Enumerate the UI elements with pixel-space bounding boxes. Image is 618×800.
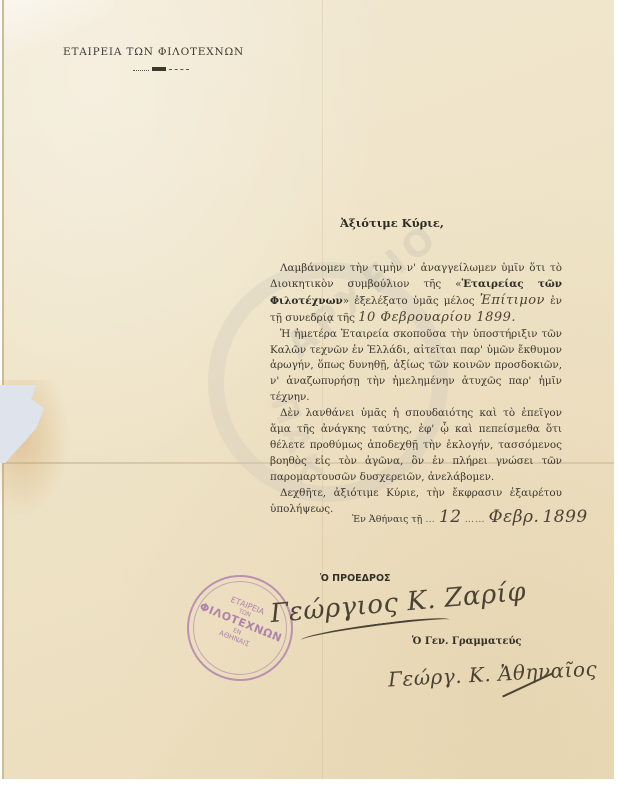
paragraph-3: Δὲν λανθάνει ὑμᾶς ἡ σπουδαιότης καὶ τὸ ἐ… <box>270 406 562 486</box>
place-prefix: Ἐν Ἀθήναις τῇ <box>352 514 422 525</box>
paragraph-1-text-b: » ἐξελέξατο ὑμᾶς μέλος <box>343 295 475 307</box>
ornament-bar <box>152 67 166 71</box>
secretary-label: Ὁ Γεν. Γραμματεύς <box>412 636 522 647</box>
ornament-wave <box>133 68 149 71</box>
letterhead-title: ΕΤΑΙΡΕΙΑ ΤΩΝ ΦΙΛΟΤΕΧΝΩΝ <box>63 46 244 58</box>
handwritten-day: 12 <box>439 507 462 527</box>
ornament-dash <box>169 68 189 70</box>
paragraph-1: Λαμβάνομεν τὴν τιμὴν ν' ἀναγγείλωμεν ὑμῖ… <box>270 261 562 327</box>
handwritten-membership-type: Ἐπίτιμον <box>480 293 545 308</box>
dotted-leader: … <box>425 514 436 525</box>
letter-body: Λαμβάνομεν τὴν τιμὴν ν' ἀναγγείλωμεν ὑμῖ… <box>270 261 562 518</box>
dotted-leader: …… <box>465 514 486 525</box>
paragraph-2: Ἡ ἡμετέρα Ἑταιρεία σκοποῦσα τὴν ὑποστήρι… <box>270 327 562 407</box>
president-label: Ὁ ΠΡΟΕΔΡΟΣ <box>320 573 391 584</box>
handwritten-meeting-date: 10 Φεβρουαρίου 1899. <box>358 310 516 325</box>
handwritten-year: 1899 <box>542 507 587 527</box>
salutation: Ἀξιότιμε Κύριε, <box>340 216 444 230</box>
place-date-line: Ἐν Ἀθήναις τῇ … 12 …… Φεβρ. 1899 <box>352 507 588 527</box>
letterhead-ornament <box>133 67 197 71</box>
handwritten-month: Φεβρ. <box>489 507 540 527</box>
